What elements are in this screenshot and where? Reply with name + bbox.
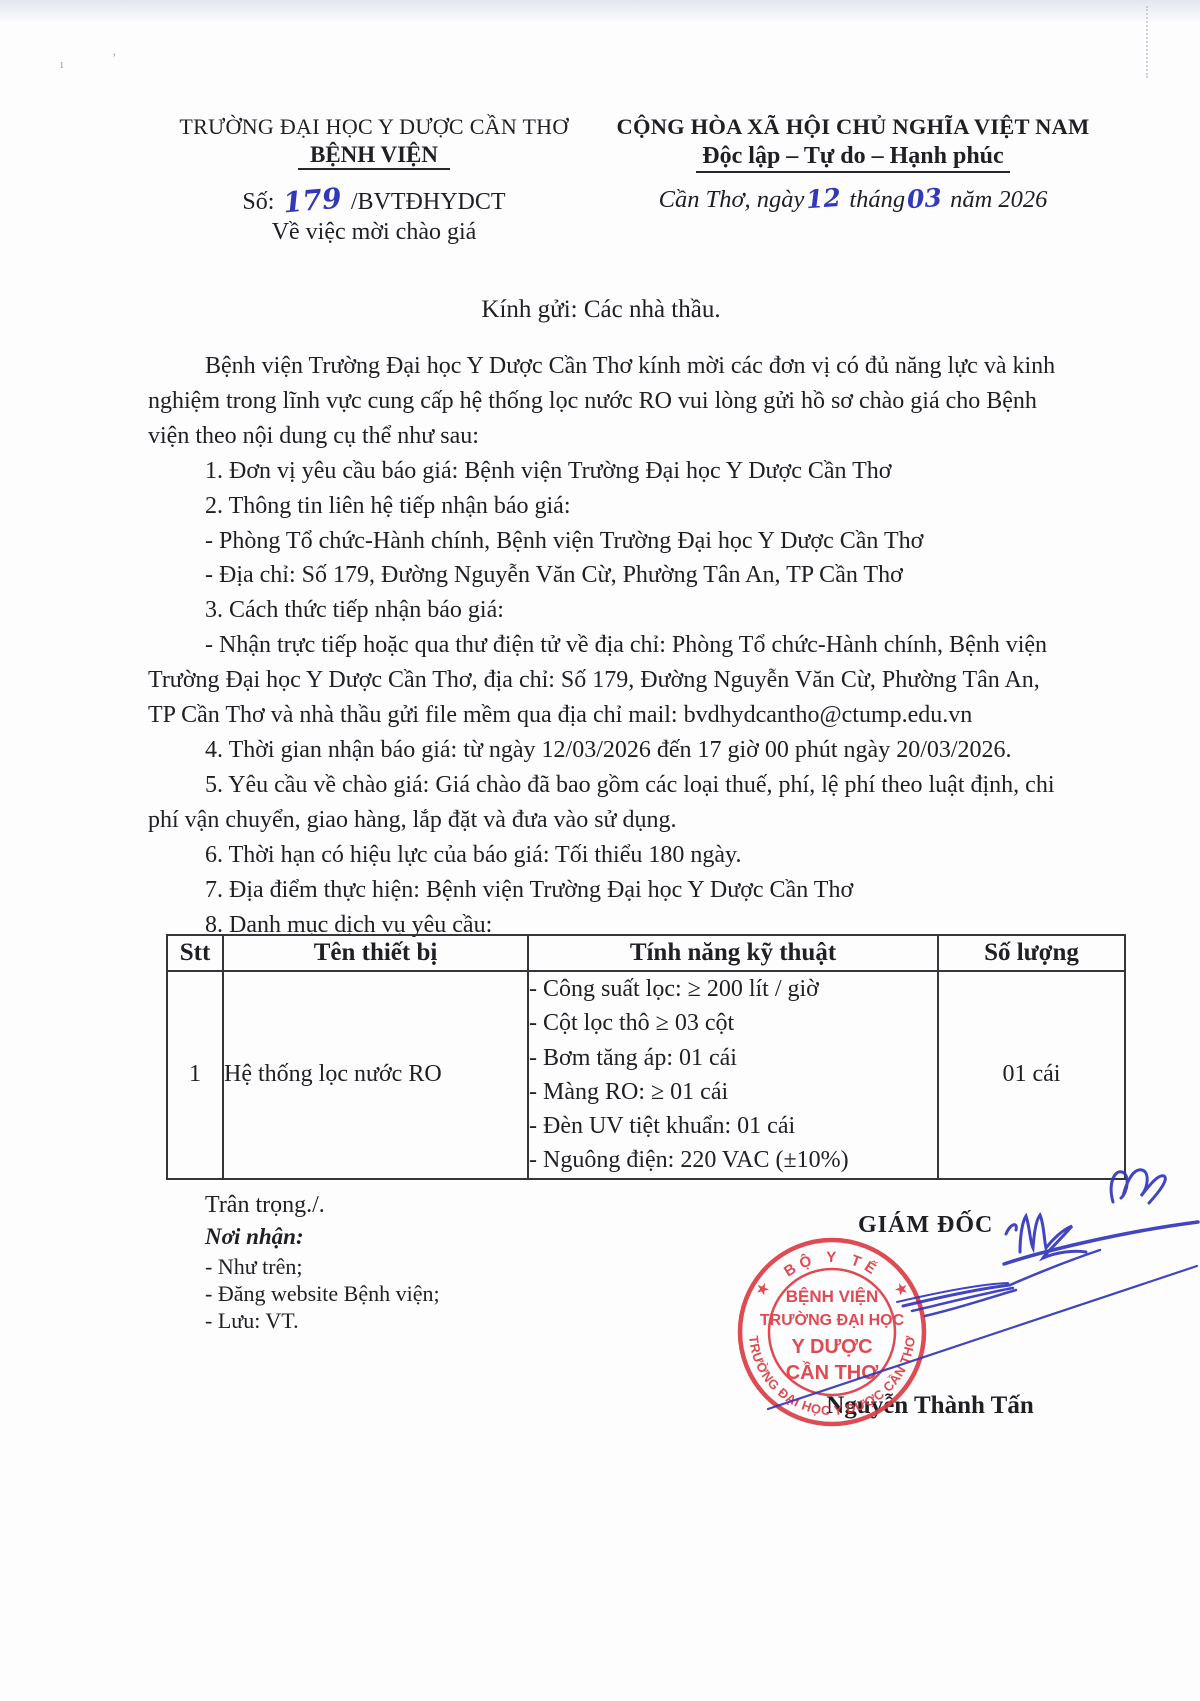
date-day-handwritten: 12 bbox=[805, 183, 842, 214]
scan-artifact-mark: ı bbox=[60, 56, 64, 72]
signature-initials-scribble bbox=[1111, 1170, 1165, 1203]
scan-artifact-band bbox=[0, 0, 1200, 26]
body-line: Trường Đại học Y Dược Cần Thơ, địa chỉ: … bbox=[148, 663, 1068, 698]
director-signature-ink bbox=[700, 1120, 1200, 1420]
body-line-item-5: 5. Yêu cầu về chào giá: Giá chào đã bao … bbox=[148, 768, 1068, 803]
scan-artifact-dots bbox=[1146, 6, 1148, 78]
body-line-item-3: 3. Cách thức tiếp nhận báo giá: bbox=[148, 593, 1068, 628]
body-line: viện theo nội dung cụ thể như sau: bbox=[148, 419, 1068, 454]
salutation-line: Kính gửi: Các nhà thầu. bbox=[148, 296, 1054, 324]
body-line: phí vận chuyển, giao hàng, lắp đặt và đư… bbox=[148, 803, 1068, 838]
closing-regards: Trân trọng./. bbox=[205, 1192, 325, 1219]
signature-long-stroke bbox=[768, 1266, 1197, 1409]
col-header-equipment: Tên thiết bị bbox=[223, 935, 528, 971]
place-date-line: Cần Thơ, ngày12 tháng03 năm 2026 bbox=[606, 184, 1100, 214]
issuer-hospital: BỆNH VIỆN bbox=[150, 142, 598, 168]
document-number-suffix: /BVTĐHYDCT bbox=[351, 189, 506, 215]
spec-line: - Công suất lọc: ≥ 200 lít / giờ bbox=[529, 972, 937, 1006]
document-number-handwritten: 179 bbox=[282, 182, 343, 220]
national-title: CỘNG HÒA XÃ HỘI CHỦ NGHĨA VIỆT NAM bbox=[606, 114, 1100, 140]
body-line-item-4: 4. Thời gian nhận báo giá: từ ngày 12/03… bbox=[148, 733, 1068, 768]
recipient-line: - Lưu: VT. bbox=[205, 1307, 440, 1334]
body-line: TP Cần Thơ và nhà thầu gửi file mềm qua … bbox=[148, 698, 1068, 733]
body-line-item-6: 6. Thời hạn có hiệu lực của báo giá: Tối… bbox=[148, 838, 1068, 873]
col-header-specs: Tính năng kỹ thuật bbox=[528, 935, 938, 971]
body-line: Bệnh viện Trường Đại học Y Dược Cần Thơ … bbox=[148, 349, 1068, 384]
body-line: - Địa chỉ: Số 179, Đường Nguyễn Văn Cừ, … bbox=[148, 558, 1068, 593]
table-header-row: Stt Tên thiết bị Tính năng kỹ thuật Số l… bbox=[167, 935, 1125, 971]
body-line-item-2: 2. Thông tin liên hệ tiếp nhận báo giá: bbox=[148, 489, 1068, 524]
body-line: - Phòng Tổ chức-Hành chính, Bệnh viện Tr… bbox=[148, 524, 1068, 559]
body-text: Bệnh viện Trường Đại học Y Dược Cần Thơ … bbox=[148, 349, 1068, 942]
cell-stt: 1 bbox=[167, 971, 223, 1179]
issuer-university: TRƯỜNG ĐẠI HỌC Y DƯỢC CẦN THƠ bbox=[150, 114, 598, 140]
document-number-label: Số: bbox=[242, 189, 274, 215]
recipients-label: Nơi nhận: bbox=[205, 1224, 304, 1250]
body-line-item-7: 7. Địa điểm thực hiện: Bệnh viện Trường … bbox=[148, 873, 1068, 908]
document-subject: Về việc mời chào giá bbox=[150, 219, 598, 246]
spec-line: - Màng RO: ≥ 01 cái bbox=[529, 1075, 937, 1109]
recipient-line: - Như trên; bbox=[205, 1253, 440, 1280]
date-month-handwritten: 03 bbox=[906, 183, 943, 214]
cell-equipment-name: Hệ thống lọc nước RO bbox=[223, 971, 528, 1179]
col-header-stt: Stt bbox=[167, 935, 223, 971]
recipients-list: - Như trên; - Đăng website Bệnh viện; - … bbox=[205, 1253, 440, 1334]
scan-artifact-mark: ʼ bbox=[112, 50, 116, 66]
body-line: nghiệm trong lĩnh vực cung cấp hệ thống … bbox=[148, 384, 1068, 419]
document-number-line: Số: 179 /BVTĐHYDCT bbox=[150, 183, 598, 216]
national-motto: Độc lập – Tự do – Hạnh phúc bbox=[606, 143, 1100, 170]
spec-line: - Cột lọc thô ≥ 03 cột bbox=[529, 1006, 937, 1040]
body-line-item-1: 1. Đơn vị yêu cầu báo giá: Bệnh viện Trư… bbox=[148, 454, 1068, 489]
spec-line: - Bơm tăng áp: 01 cái bbox=[529, 1041, 937, 1075]
col-header-qty: Số lượng bbox=[938, 935, 1125, 971]
national-header-block: CỘNG HÒA XÃ HỘI CHỦ NGHĨA VIỆT NAM Độc l… bbox=[606, 114, 1100, 214]
body-line: - Nhận trực tiếp hoặc qua thư điện tử về… bbox=[148, 628, 1068, 663]
issuer-header-block: TRƯỜNG ĐẠI HỌC Y DƯỢC CẦN THƠ BỆNH VIỆN … bbox=[150, 114, 598, 246]
scanned-document-page: ı ʼ TRƯỜNG ĐẠI HỌC Y DƯỢC CẦN THƠ BỆNH V… bbox=[0, 0, 1200, 1701]
recipient-line: - Đăng website Bệnh viện; bbox=[205, 1280, 440, 1307]
